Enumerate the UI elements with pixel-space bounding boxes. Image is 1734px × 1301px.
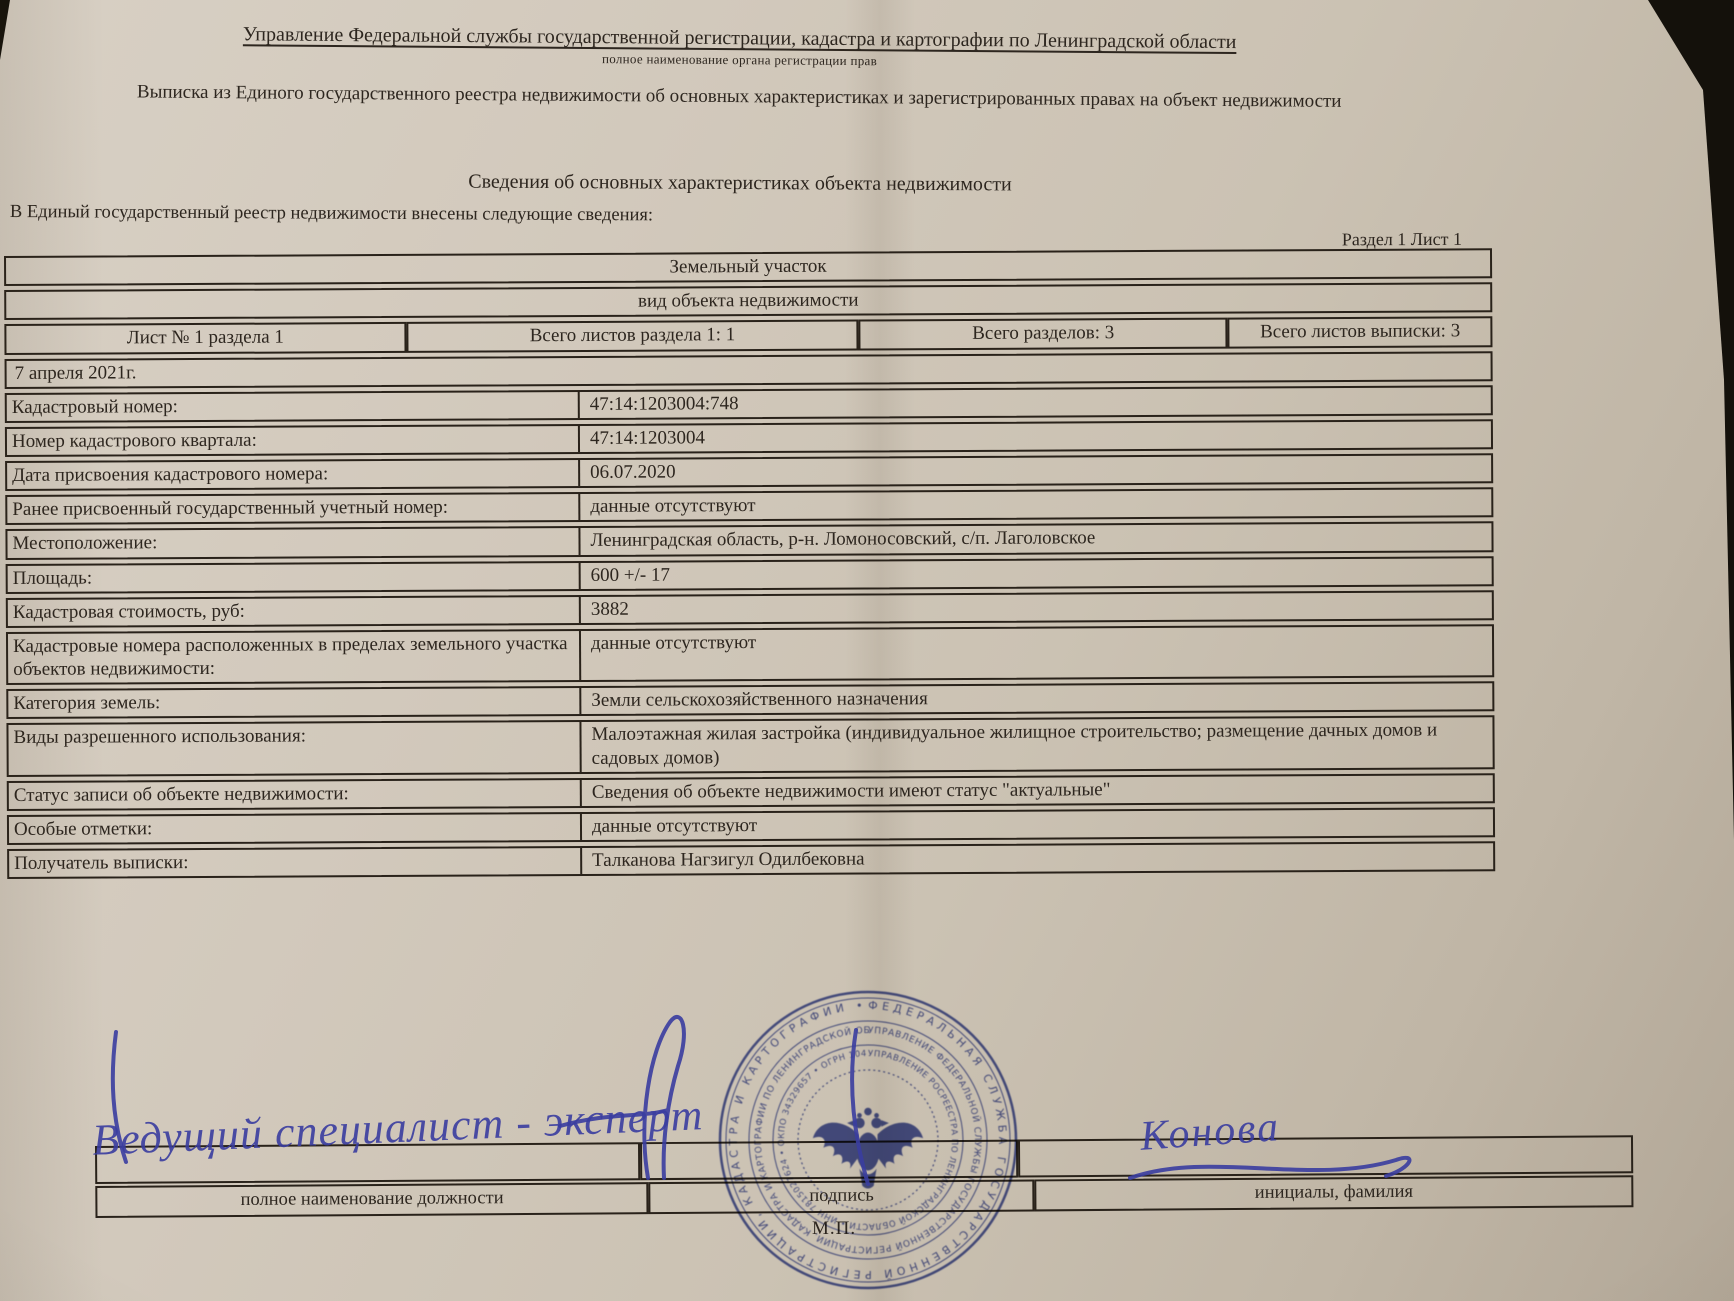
row-value: 06.07.2020: [578, 455, 1491, 486]
name-write-cell: [1018, 1135, 1633, 1177]
row-label: Категория земель:: [8, 688, 579, 717]
double-headed-eagle-icon: [813, 1108, 923, 1189]
row-value: Сведения об объекте недвижимости имеют с…: [580, 775, 1493, 806]
table-row: Местоположение: Ленинградская область, р…: [5, 522, 1493, 560]
row-value: 47:14:1203004: [578, 421, 1491, 452]
table-row: Ранее присвоенный государственный учетны…: [5, 487, 1493, 525]
row-value: 3882: [579, 592, 1492, 623]
section-heading: Сведения об основных характеристиках объ…: [0, 168, 1480, 199]
row-value: данные отсутствуют: [578, 489, 1491, 520]
table-row: Кадастровая стоимость, руб: 3882: [6, 590, 1494, 628]
table-row: Категория земель: Земли сельскохозяйстве…: [6, 681, 1494, 719]
table-row: Виды разрешенного использования: Малоэта…: [6, 716, 1494, 777]
date-row: 7 апреля 2021г.: [5, 351, 1493, 389]
row-value: 600 +/- 17: [579, 558, 1492, 589]
row-label: Дата присвоения кадастрового номера:: [7, 460, 578, 489]
sheet-info-row: Лист № 1 раздела 1 Всего листов раздела …: [4, 317, 1492, 355]
row-label: Местоположение:: [7, 528, 578, 557]
row-value: данные отсутствуют: [579, 626, 1492, 680]
row-value: Ленинградская область, р-н. Ломоносовски…: [578, 524, 1491, 555]
document-photo: Управление Федеральной службы государств…: [0, 0, 1734, 1301]
row-label: Номер кадастрового квартала:: [7, 426, 578, 455]
row-value: Земли сельскохозяйственного назначения: [579, 683, 1492, 714]
row-label: Особые отметки:: [9, 814, 580, 843]
table-row: Получатель выписки: Талканова Нагзигул О…: [7, 841, 1495, 879]
sheet-info-cell: Всего листов выписки: 3: [1228, 317, 1493, 349]
table-row: Статус записи об объекте недвижимости: С…: [7, 773, 1495, 811]
position-caption: полное наименование должности: [95, 1182, 649, 1218]
row-label: Кадастровая стоимость, руб:: [8, 597, 579, 626]
official-stamp: ФЕДЕРАЛЬНАЯ СЛУЖБА ГОСУДАРСТВЕННОЙ РЕГИС…: [708, 980, 1028, 1300]
sheet-info-cell: Лист № 1 раздела 1: [4, 322, 406, 354]
handwritten-name-signature: Конова: [1138, 1103, 1281, 1161]
row-value: Малоэтажная жилая застройка (индивидуаль…: [579, 718, 1492, 772]
table-row: Кадастровые номера расположенных в преде…: [6, 624, 1494, 685]
sheet-info-cell: Всего листов раздела 1: 1: [406, 320, 859, 353]
row-value: 47:14:1203004:748: [578, 387, 1491, 418]
row-label: Ранее присвоенный государственный учетны…: [7, 494, 578, 523]
row-value: Талканова Нагзигул Одилбековна: [580, 843, 1493, 874]
row-label: Статус записи об объекте недвижимости:: [9, 780, 580, 809]
table-row: Кадастровый номер: 47:14:1203004:748: [5, 385, 1493, 423]
sheet-info-cell: Всего разделов: 3: [859, 318, 1228, 350]
name-caption: инициалы, фамилия: [1034, 1175, 1633, 1211]
row-label: Площадь:: [8, 563, 579, 592]
row-label: Получатель выписки:: [9, 848, 580, 877]
row-label: Кадастровый номер:: [7, 392, 578, 421]
table-row: Площадь: 600 +/- 17: [6, 556, 1494, 594]
document-header: Управление Федеральной службы государств…: [0, 0, 1480, 114]
object-type-caption: вид объекта недвижимости: [4, 282, 1492, 320]
table-row: Особые отметки: данные отсутствуют: [7, 807, 1495, 845]
object-type: Земельный участок: [4, 248, 1492, 286]
table-row: Номер кадастрового квартала: 47:14:12030…: [5, 419, 1493, 457]
row-label: Виды разрешенного использования:: [8, 722, 579, 774]
table-row: Дата присвоения кадастрового номера: 06.…: [5, 453, 1493, 491]
row-label: Кадастровые номера расположенных в преде…: [8, 631, 579, 683]
intro-line: В Единый государственный реестр недвижим…: [10, 202, 653, 226]
document-title: Выписка из Единого государственного реес…: [0, 80, 1524, 114]
row-value: данные отсутствуют: [580, 809, 1493, 840]
document-content: Управление Федеральной службы государств…: [0, 0, 1734, 1301]
object-characteristics-table: Земельный участок вид объекта недвижимос…: [4, 248, 1495, 883]
